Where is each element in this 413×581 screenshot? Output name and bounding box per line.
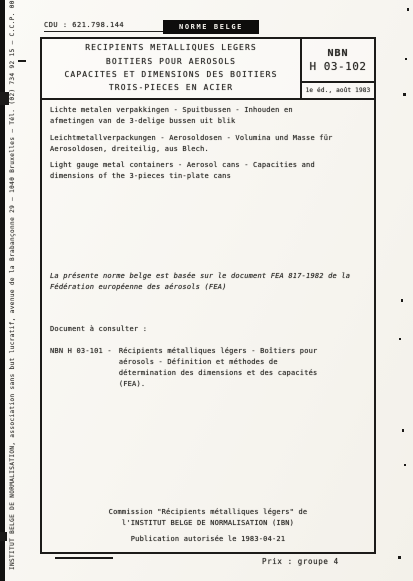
commission-block: Commission "Récipients métalliques léger… — [42, 507, 374, 545]
edition-date: 1e éd., août 1983 — [302, 81, 374, 98]
title-line-1: RECIPIENTS METALLIQUES LEGERS — [85, 42, 257, 54]
scan-artifact — [402, 429, 404, 432]
reference-text: Récipients métalliques légers - Boîtiers… — [119, 346, 339, 389]
abstract-english: Light gauge metal containers - Aerosol c… — [50, 160, 326, 182]
price-group: Prix : groupe 4 — [262, 557, 339, 566]
scan-artifact — [404, 464, 406, 466]
title-line-3: CAPACITES ET DIMENSIONS DES BOITIERS — [65, 69, 278, 81]
scan-artifact — [401, 299, 403, 302]
scan-artifact — [405, 58, 407, 60]
scan-artifact — [403, 93, 406, 96]
scan-artifact — [399, 338, 401, 340]
org-abbrev: NBN — [327, 48, 348, 59]
scan-artifact — [0, 532, 7, 541]
basis-note: La présente norme belge est basée sur le… — [50, 271, 372, 293]
title-block: RECIPIENTS METALLIQUES LEGERS BOITIERS P… — [40, 37, 376, 100]
scan-artifact — [407, 8, 409, 11]
abstract-dutch: Lichte metalen verpakkingen - Spuitbusse… — [50, 105, 326, 127]
title-line-2: BOITIERS POUR AEROSOLS — [106, 56, 236, 68]
scan-artifact — [0, 92, 9, 105]
standard-number: H 03-102 — [310, 60, 367, 73]
scanned-standard-page: INSTITUT BELGE DE NORMALISATION, associa… — [0, 0, 413, 581]
reference-entry: NBN H 03-101 - Récipients métalliques lé… — [50, 346, 365, 389]
reference-code: NBN H 03-101 - — [50, 346, 112, 389]
commission-line-2: l'INSTITUT BELGE DE NORMALISATION (IBN) — [42, 518, 374, 529]
abstract-german: Leichtmetallverpackungen - Aerosoldosen … — [50, 133, 336, 155]
scan-artifact — [398, 556, 401, 559]
standard-id: NBN H 03-102 — [302, 39, 374, 81]
content-box: Lichte metalen verpakkingen - Spuitbusse… — [40, 100, 376, 554]
udc-classification: CDU : 621.798.144 — [44, 21, 176, 32]
title-line-4: TROIS-PIECES EN ACIER — [109, 82, 233, 94]
scan-edge-bar — [0, 0, 5, 581]
commission-line-1: Commission "Récipients métalliques léger… — [42, 507, 374, 518]
standard-title: RECIPIENTS METALLIQUES LEGERS BOITIERS P… — [42, 39, 300, 98]
margin-institute-text: INSTITUT BELGE DE NORMALISATION, associa… — [9, 12, 20, 570]
norme-belge-banner: NORME BELGE — [163, 20, 259, 34]
scan-artifact — [55, 557, 113, 559]
publication-date: Publication autorisée le 1983-04-21 — [42, 534, 374, 545]
documents-heading: Document à consulter : — [50, 324, 147, 335]
standard-id-cell: NBN H 03-102 1e éd., août 1983 — [300, 39, 374, 98]
